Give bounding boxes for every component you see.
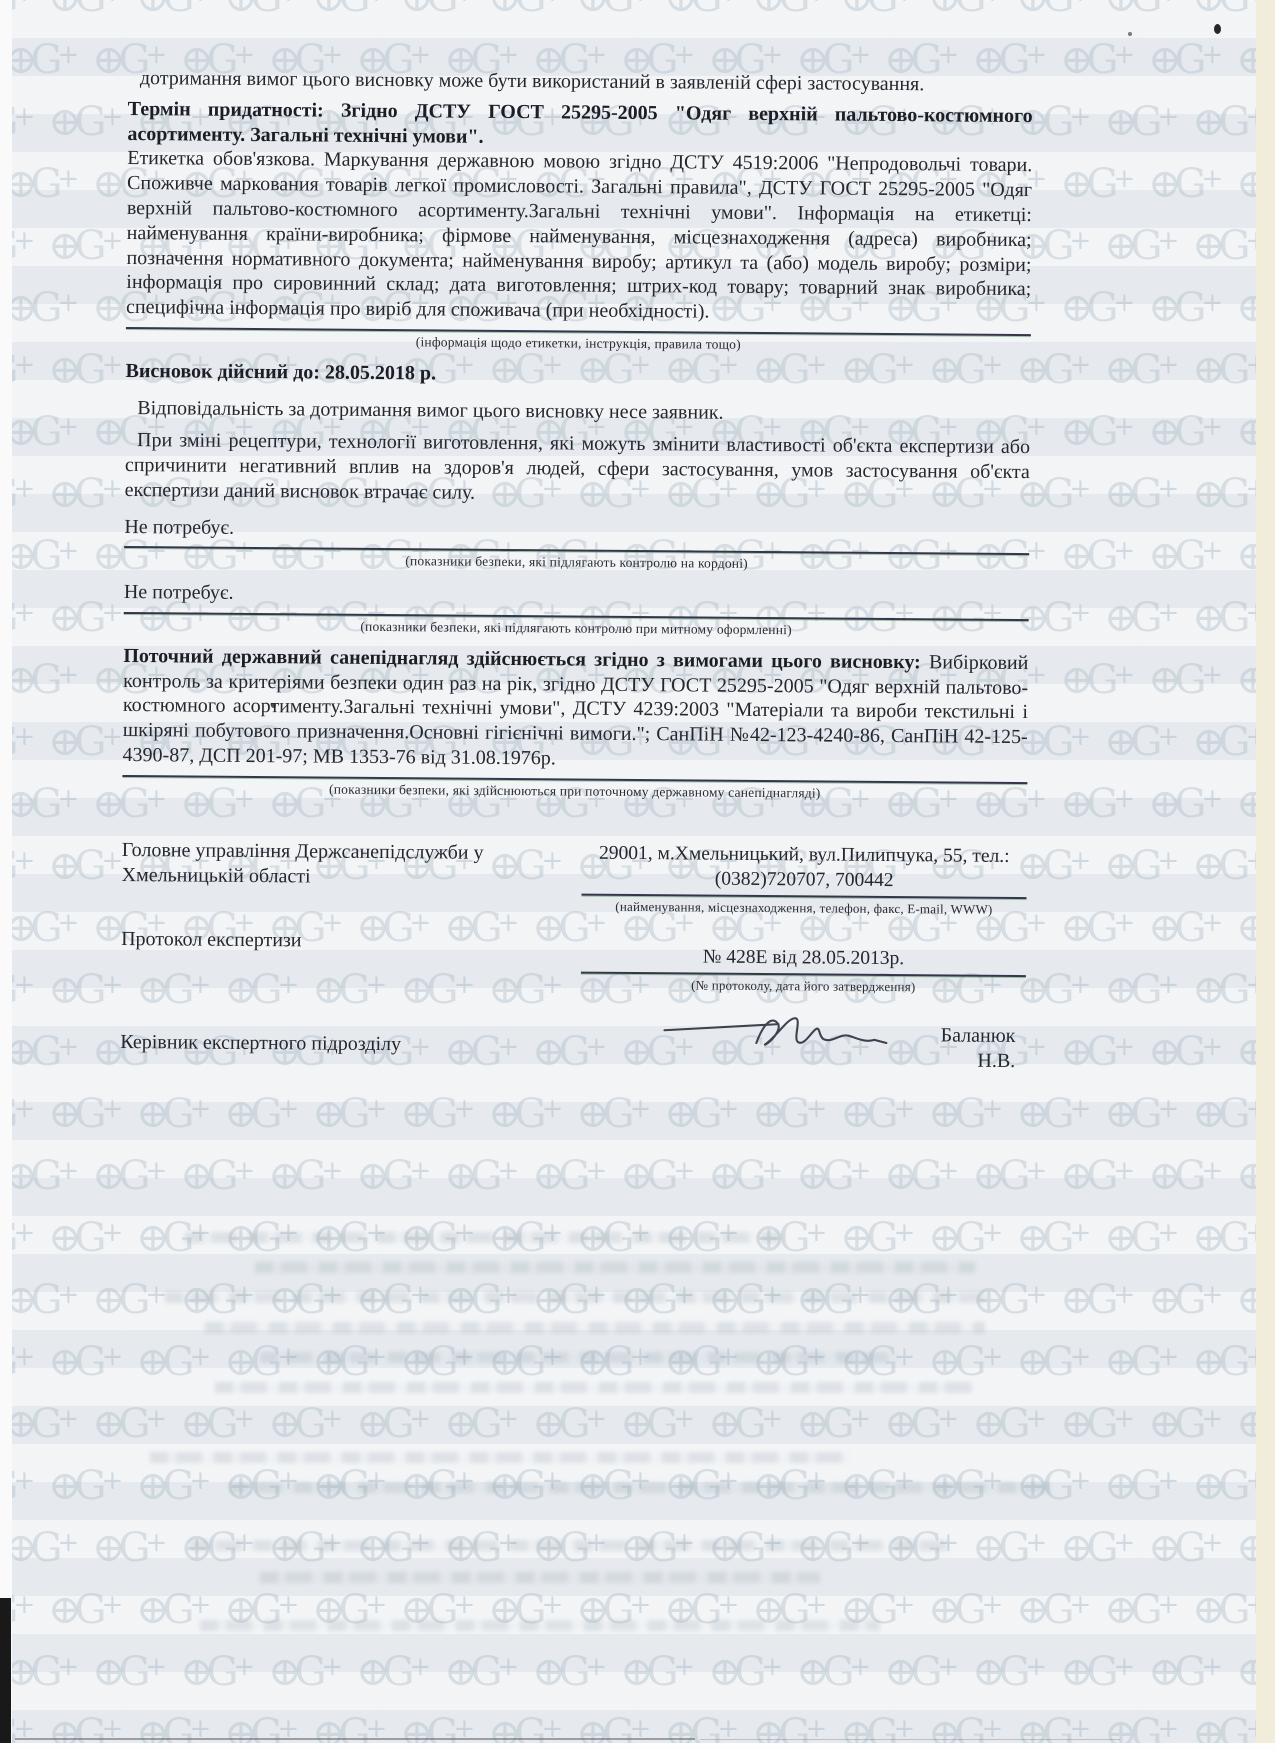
labeling-paragraph: Етикетка обов'язкова. Маркування державн… — [126, 146, 1032, 327]
watermark-emblem-icon: ⊕G+ — [1236, 164, 1275, 204]
watermark-emblem-icon: ⊕G+ — [664, 1714, 739, 1750]
watermark-emblem-icon: ⊕G+ — [4, 412, 79, 452]
watermark-emblem-icon: ⊕G+ — [1236, 1652, 1275, 1692]
scan-edge-left-dark — [0, 1598, 11, 1750]
watermark-emblem-icon: ⊕G+ — [1016, 1218, 1091, 1258]
watermark-emblem-icon: ⊕G+ — [796, 1652, 871, 1692]
watermark-emblem-icon: ⊕G+ — [1060, 1156, 1135, 1196]
ink-speck — [271, 703, 276, 708]
watermark-emblem-icon: ⊕G+ — [1148, 536, 1223, 576]
watermark-emblem-icon: ⊕G+ — [1104, 350, 1179, 390]
watermark-emblem-icon: ⊕G+ — [48, 1342, 123, 1382]
handwritten-signature-icon — [660, 1008, 920, 1066]
watermark-emblem-icon: ⊕G+ — [92, 1652, 167, 1692]
watermark-emblem-icon: ⊕G+ — [1016, 1342, 1091, 1382]
watermark-emblem-icon: ⊕G+ — [268, 1652, 343, 1692]
watermark-emblem-icon: ⊕G+ — [1148, 1652, 1223, 1692]
ink-speck — [1128, 32, 1132, 36]
watermark-emblem-icon: ⊕G+ — [0, 226, 35, 266]
watermark-emblem-icon: ⊕G+ — [136, 1714, 211, 1750]
watermark-emblem-icon: ⊕G+ — [1192, 1466, 1267, 1506]
watermark-emblem-icon: ⊕G+ — [1060, 1404, 1135, 1444]
watermark-emblem-icon: ⊕G+ — [4, 40, 79, 80]
watermark-emblem-icon: ⊕G+ — [48, 722, 123, 762]
head-name: Баланюк Н.В. — [920, 1023, 1025, 1073]
watermark-emblem-icon: ⊕G+ — [576, 1714, 651, 1750]
watermark-emblem-icon: ⊕G+ — [708, 1652, 783, 1692]
watermark-emblem-icon: ⊕G+ — [884, 1156, 959, 1196]
authority-address-line2: (0382)720707, 700442 — [582, 866, 1027, 894]
watermark-emblem-icon: ⊕G+ — [1060, 908, 1135, 948]
watermark-emblem-icon: ⊕G+ — [708, 1404, 783, 1444]
watermark-emblem-icon: ⊕G+ — [48, 970, 123, 1010]
watermark-emblem-icon: ⊕G+ — [532, 1404, 607, 1444]
shelf-life-heading: Термін придатності: Згідно ДСТУ ГОСТ 252… — [127, 97, 1032, 154]
watermark-emblem-icon: ⊕G+ — [840, 1094, 915, 1134]
watermark-emblem-icon: ⊕G+ — [136, 1342, 211, 1382]
supervision-paragraph: Поточний державний санепіднагляд здійсню… — [122, 644, 1028, 775]
watermark-emblem-icon: ⊕G+ — [1236, 1404, 1275, 1444]
watermark-emblem-icon: ⊕G+ — [92, 1528, 167, 1568]
watermark-emblem-icon: ⊕G+ — [1192, 350, 1267, 390]
watermark-emblem-icon: ⊕G+ — [48, 1094, 123, 1134]
watermark-emblem-icon: ⊕G+ — [1060, 1032, 1135, 1072]
watermark-emblem-icon: ⊕G+ — [488, 1714, 563, 1750]
watermark-emblem-icon: ⊕G+ — [0, 1094, 35, 1134]
ink-speck — [1214, 24, 1221, 34]
watermark-emblem-icon: ⊕G+ — [356, 1404, 431, 1444]
watermark-emblem-icon: ⊕G+ — [1016, 1714, 1091, 1750]
watermark-emblem-icon: ⊕G+ — [0, 350, 35, 390]
watermark-emblem-icon: ⊕G+ — [576, 0, 651, 18]
watermark-emblem-icon: ⊕G+ — [400, 1714, 475, 1750]
watermark-emblem-icon: ⊕G+ — [1192, 474, 1267, 514]
watermark-emblem-icon: ⊕G+ — [0, 102, 35, 142]
watermark-emblem-icon: ⊕G+ — [884, 1404, 959, 1444]
watermark-emblem-icon: ⊕G+ — [1148, 40, 1223, 80]
watermark-emblem-icon: ⊕G+ — [136, 1466, 211, 1506]
watermark-emblem-icon: ⊕G+ — [136, 1094, 211, 1134]
watermark-emblem-icon: ⊕G+ — [1060, 536, 1135, 576]
watermark-emblem-icon: ⊕G+ — [312, 0, 387, 18]
watermark-emblem-icon: ⊕G+ — [1104, 1590, 1179, 1630]
supervision-heading: Поточний державний санепіднагляд здійсню… — [123, 645, 921, 673]
watermark-emblem-icon: ⊕G+ — [1104, 1094, 1179, 1134]
watermark-emblem-icon: ⊕G+ — [444, 1404, 519, 1444]
intro-paragraph: дотримання вимог цього висновку може бут… — [128, 66, 1033, 98]
watermark-emblem-icon: ⊕G+ — [1060, 40, 1135, 80]
watermark-emblem-icon: ⊕G+ — [1236, 1528, 1275, 1568]
watermark-emblem-icon: ⊕G+ — [1104, 226, 1179, 266]
protocol-block: № 428Е від 28.05.2013р. (№ протоколу, да… — [581, 931, 1026, 997]
watermark-emblem-icon: ⊕G+ — [576, 1094, 651, 1134]
watermark-emblem-icon: ⊕G+ — [488, 0, 563, 18]
watermark-emblem-icon: ⊕G+ — [180, 1652, 255, 1692]
head-label: Керівник експертного підрозділу — [120, 1030, 580, 1058]
watermark-emblem-icon: ⊕G+ — [1192, 598, 1267, 638]
responsibility-paragraph: Відповідальність за дотримання вимог цьо… — [125, 395, 1030, 427]
watermark-emblem-icon: ⊕G+ — [4, 1404, 79, 1444]
watermark-emblem-icon: ⊕G+ — [4, 1652, 79, 1692]
watermark-emblem-icon: ⊕G+ — [4, 164, 79, 204]
watermark-emblem-icon: ⊕G+ — [1104, 722, 1179, 762]
watermark-emblem-icon: ⊕G+ — [1236, 412, 1275, 452]
watermark-emblem-icon: ⊕G+ — [1104, 1218, 1179, 1258]
watermark-emblem-icon: ⊕G+ — [224, 0, 299, 18]
watermark-emblem-icon: ⊕G+ — [400, 1094, 475, 1134]
watermark-emblem-icon: ⊕G+ — [928, 1590, 1003, 1630]
change-clause-paragraph: При зміні рецептури, технології виготовл… — [125, 428, 1031, 509]
watermark-emblem-icon: ⊕G+ — [1148, 1032, 1223, 1072]
watermark-emblem-icon: ⊕G+ — [0, 1218, 35, 1258]
watermark-emblem-icon: ⊕G+ — [444, 1652, 519, 1692]
border-control-value: Не потребує. — [124, 515, 1029, 547]
watermark-emblem-icon: ⊕G+ — [0, 1466, 35, 1506]
watermark-emblem-icon: ⊕G+ — [1104, 598, 1179, 638]
watermark-emblem-icon: ⊕G+ — [180, 1156, 255, 1196]
watermark-emblem-icon: ⊕G+ — [48, 1714, 123, 1750]
watermark-emblem-icon: ⊕G+ — [1060, 1528, 1135, 1568]
watermark-emblem-icon: ⊕G+ — [796, 1404, 871, 1444]
scan-edge-bottom-line-faint — [700, 1739, 1120, 1740]
watermark-emblem-icon: ⊕G+ — [1236, 784, 1275, 824]
watermark-emblem-icon: ⊕G+ — [1016, 1590, 1091, 1630]
watermark-emblem-icon: ⊕G+ — [4, 1032, 79, 1072]
scan-edge-bottom-line — [15, 1738, 695, 1740]
watermark-emblem-icon: ⊕G+ — [752, 1094, 827, 1134]
watermark-emblem-icon: ⊕G+ — [752, 0, 827, 18]
watermark-emblem-icon: ⊕G+ — [1016, 0, 1091, 18]
watermark-emblem-icon: ⊕G+ — [4, 1528, 79, 1568]
watermark-emblem-icon: ⊕G+ — [1016, 970, 1091, 1010]
watermark-emblem-icon: ⊕G+ — [488, 1094, 563, 1134]
watermark-emblem-icon: ⊕G+ — [1236, 660, 1275, 700]
watermark-emblem-icon: ⊕G+ — [92, 1280, 167, 1320]
watermark-emblem-icon: ⊕G+ — [752, 1714, 827, 1750]
watermark-emblem-icon: ⊕G+ — [400, 0, 475, 18]
watermark-emblem-icon: ⊕G+ — [48, 226, 123, 266]
watermark-emblem-icon: ⊕G+ — [840, 1714, 915, 1750]
watermark-emblem-icon: ⊕G+ — [4, 1156, 79, 1196]
watermark-emblem-icon: ⊕G+ — [1104, 970, 1179, 1010]
watermark-emblem-icon: ⊕G+ — [972, 1528, 1047, 1568]
watermark-emblem-icon: ⊕G+ — [1060, 660, 1135, 700]
watermark-emblem-icon: ⊕G+ — [1192, 1590, 1267, 1630]
watermark-emblem-icon: ⊕G+ — [1104, 102, 1179, 142]
watermark-emblem-icon: ⊕G+ — [1148, 1156, 1223, 1196]
watermark-emblem-icon: ⊕G+ — [972, 1404, 1047, 1444]
authority-name: Головне управління Держсанепідслужби у Х… — [122, 838, 582, 891]
scan-edge-left — [0, 0, 12, 1750]
watermark-emblem-icon: ⊕G+ — [1104, 846, 1179, 886]
watermark-emblem-icon: ⊕G+ — [48, 598, 123, 638]
authority-caption: (найменування, місцезнаходження, телефон… — [581, 898, 1026, 918]
watermark-emblem-icon: ⊕G+ — [4, 288, 79, 328]
authority-row: Головне управління Держсанепідслужби у Х… — [121, 838, 1027, 918]
watermark-emblem-icon: ⊕G+ — [1192, 226, 1267, 266]
scan-edge-bottom — [0, 1743, 1275, 1750]
watermark-emblem-icon: ⊕G+ — [48, 0, 123, 18]
watermark-emblem-icon: ⊕G+ — [1060, 164, 1135, 204]
watermark-emblem-icon: ⊕G+ — [1104, 0, 1179, 18]
watermark-emblem-icon: ⊕G+ — [0, 474, 35, 514]
watermark-emblem-icon: ⊕G+ — [1148, 908, 1223, 948]
watermark-emblem-icon: ⊕G+ — [1148, 1404, 1223, 1444]
watermark-emblem-icon: ⊕G+ — [1236, 908, 1275, 948]
watermark-emblem-icon: ⊕G+ — [1148, 164, 1223, 204]
watermark-emblem-icon: ⊕G+ — [1060, 1652, 1135, 1692]
watermark-emblem-icon: ⊕G+ — [180, 1404, 255, 1444]
watermark-emblem-icon: ⊕G+ — [1104, 474, 1179, 514]
protocol-value: № 428Е від 28.05.2013р. — [581, 945, 1026, 973]
watermark-emblem-icon: ⊕G+ — [0, 598, 35, 638]
watermark-emblem-icon: ⊕G+ — [1148, 1280, 1223, 1320]
watermark-emblem-icon: ⊕G+ — [4, 660, 79, 700]
watermark-emblem-icon: ⊕G+ — [972, 1156, 1047, 1196]
watermark-emblem-icon: ⊕G+ — [4, 908, 79, 948]
watermark-emblem-icon: ⊕G+ — [1104, 1342, 1179, 1382]
valid-until-line: Висновок дійсний до: 28.05.2018 р. — [126, 359, 1031, 391]
document-content: дотримання вимог цього висновку може бут… — [120, 66, 1033, 1074]
watermark-emblem-icon: ⊕G+ — [48, 102, 123, 142]
watermark-emblem-icon: ⊕G+ — [48, 1466, 123, 1506]
watermark-emblem-icon: ⊕G+ — [48, 474, 123, 514]
watermark-emblem-icon: ⊕G+ — [1148, 784, 1223, 824]
watermark-emblem-icon: ⊕G+ — [532, 1156, 607, 1196]
watermark-emblem-icon: ⊕G+ — [1016, 1094, 1091, 1134]
watermark-emblem-icon: ⊕G+ — [1192, 722, 1267, 762]
watermark-emblem-icon: ⊕G+ — [0, 846, 35, 886]
authority-contact-block: 29001, м.Хмельницький, вул.Пилипчука, 55… — [581, 842, 1027, 918]
watermark-emblem-icon: ⊕G+ — [48, 846, 123, 886]
watermark-emblem-icon: ⊕G+ — [1148, 412, 1223, 452]
watermark-emblem-icon: ⊕G+ — [708, 1156, 783, 1196]
watermark-emblem-icon: ⊕G+ — [532, 1652, 607, 1692]
watermark-emblem-icon: ⊕G+ — [0, 0, 35, 18]
watermark-emblem-icon: ⊕G+ — [928, 1342, 1003, 1382]
watermark-emblem-icon: ⊕G+ — [1192, 970, 1267, 1010]
watermark-emblem-icon: ⊕G+ — [224, 1714, 299, 1750]
watermark-emblem-icon: ⊕G+ — [1016, 846, 1091, 886]
scan-edge-right — [1256, 0, 1275, 1750]
watermark-emblem-icon: ⊕G+ — [1192, 102, 1267, 142]
watermark-emblem-icon: ⊕G+ — [224, 1094, 299, 1134]
watermark-emblem-icon: ⊕G+ — [928, 0, 1003, 18]
watermark-emblem-icon: ⊕G+ — [1192, 0, 1267, 18]
watermark-emblem-icon: ⊕G+ — [1148, 1528, 1223, 1568]
watermark-emblem-icon: ⊕G+ — [1060, 288, 1135, 328]
watermark-emblem-icon: ⊕G+ — [664, 1094, 739, 1134]
scanned-document-page: ⊕G+⊕G+⊕G+⊕G+⊕G+⊕G+⊕G+⊕G+⊕G+⊕G+⊕G+⊕G+⊕G+⊕… — [0, 0, 1275, 1750]
watermark-emblem-icon: ⊕G+ — [1060, 412, 1135, 452]
watermark-emblem-icon: ⊕G+ — [1104, 1466, 1179, 1506]
customs-control-value: Не потребує. — [124, 580, 1029, 612]
watermark-emblem-icon: ⊕G+ — [1060, 784, 1135, 824]
watermark-emblem-icon: ⊕G+ — [928, 1218, 1003, 1258]
watermark-emblem-icon: ⊕G+ — [444, 1156, 519, 1196]
watermark-emblem-icon: ⊕G+ — [1060, 1280, 1135, 1320]
watermark-emblem-icon: ⊕G+ — [1192, 1714, 1267, 1750]
watermark-emblem-icon: ⊕G+ — [664, 0, 739, 18]
watermark-emblem-icon: ⊕G+ — [620, 1404, 695, 1444]
watermark-emblem-icon: ⊕G+ — [884, 1652, 959, 1692]
watermark-emblem-icon: ⊕G+ — [1236, 1032, 1275, 1072]
watermark-emblem-icon: ⊕G+ — [620, 1156, 695, 1196]
watermark-emblem-icon: ⊕G+ — [1148, 660, 1223, 700]
watermark-emblem-icon: ⊕G+ — [0, 970, 35, 1010]
watermark-emblem-icon: ⊕G+ — [48, 1590, 123, 1630]
signature-row: Керівник експертного підрозділу Баланюк … — [120, 1003, 1025, 1074]
watermark-emblem-icon: ⊕G+ — [4, 536, 79, 576]
watermark-emblem-icon: ⊕G+ — [136, 0, 211, 18]
protocol-caption: (№ протоколу, дата його затвердження) — [581, 977, 1026, 997]
protocol-label: Протокол експертизи — [121, 927, 581, 955]
watermark-emblem-icon: ⊕G+ — [0, 1342, 35, 1382]
watermark-emblem-icon: ⊕G+ — [0, 722, 35, 762]
watermark-emblem-icon: ⊕G+ — [312, 1714, 387, 1750]
watermark-emblem-icon: ⊕G+ — [928, 1094, 1003, 1134]
watermark-emblem-icon: ⊕G+ — [840, 0, 915, 18]
watermark-emblem-icon: ⊕G+ — [972, 1652, 1047, 1692]
watermark-emblem-icon: ⊕G+ — [1236, 1280, 1275, 1320]
authority-address-line1: 29001, м.Хмельницький, вул.Пилипчука, 55… — [582, 842, 1027, 870]
watermark-emblem-icon: ⊕G+ — [48, 350, 123, 390]
watermark-emblem-icon: ⊕G+ — [1148, 288, 1223, 328]
watermark-emblem-icon: ⊕G+ — [1236, 288, 1275, 328]
watermark-emblem-icon: ⊕G+ — [1192, 1094, 1267, 1134]
watermark-emblem-icon: ⊕G+ — [356, 1156, 431, 1196]
signature — [660, 1008, 920, 1073]
watermark-emblem-icon: ⊕G+ — [1192, 1342, 1267, 1382]
watermark-emblem-icon: ⊕G+ — [1104, 1714, 1179, 1750]
watermark-emblem-icon: ⊕G+ — [1236, 1156, 1275, 1196]
watermark-emblem-icon: ⊕G+ — [92, 1156, 167, 1196]
watermark-emblem-icon: ⊕G+ — [1192, 846, 1267, 886]
watermark-emblem-icon: ⊕G+ — [928, 1714, 1003, 1750]
watermark-emblem-icon: ⊕G+ — [796, 1156, 871, 1196]
watermark-emblem-icon: ⊕G+ — [268, 1156, 343, 1196]
watermark-emblem-icon: ⊕G+ — [0, 1590, 35, 1630]
watermark-emblem-icon: ⊕G+ — [1192, 1218, 1267, 1258]
watermark-emblem-icon: ⊕G+ — [620, 1652, 695, 1692]
watermark-emblem-icon: ⊕G+ — [268, 1404, 343, 1444]
watermark-emblem-icon: ⊕G+ — [92, 1404, 167, 1444]
watermark-emblem-icon: ⊕G+ — [0, 1714, 35, 1750]
watermark-emblem-icon: ⊕G+ — [4, 1280, 79, 1320]
watermark-emblem-icon: ⊕G+ — [356, 1652, 431, 1692]
watermark-emblem-icon: ⊕G+ — [312, 1094, 387, 1134]
protocol-row: Протокол експертизи № 428Е від 28.05.201… — [121, 927, 1026, 996]
watermark-emblem-icon: ⊕G+ — [1236, 40, 1275, 80]
watermark-emblem-icon: ⊕G+ — [1236, 536, 1275, 576]
watermark-emblem-icon: ⊕G+ — [4, 784, 79, 824]
watermark-emblem-icon: ⊕G+ — [48, 1218, 123, 1258]
watermark-emblem-icon: ⊕G+ — [840, 1218, 915, 1258]
